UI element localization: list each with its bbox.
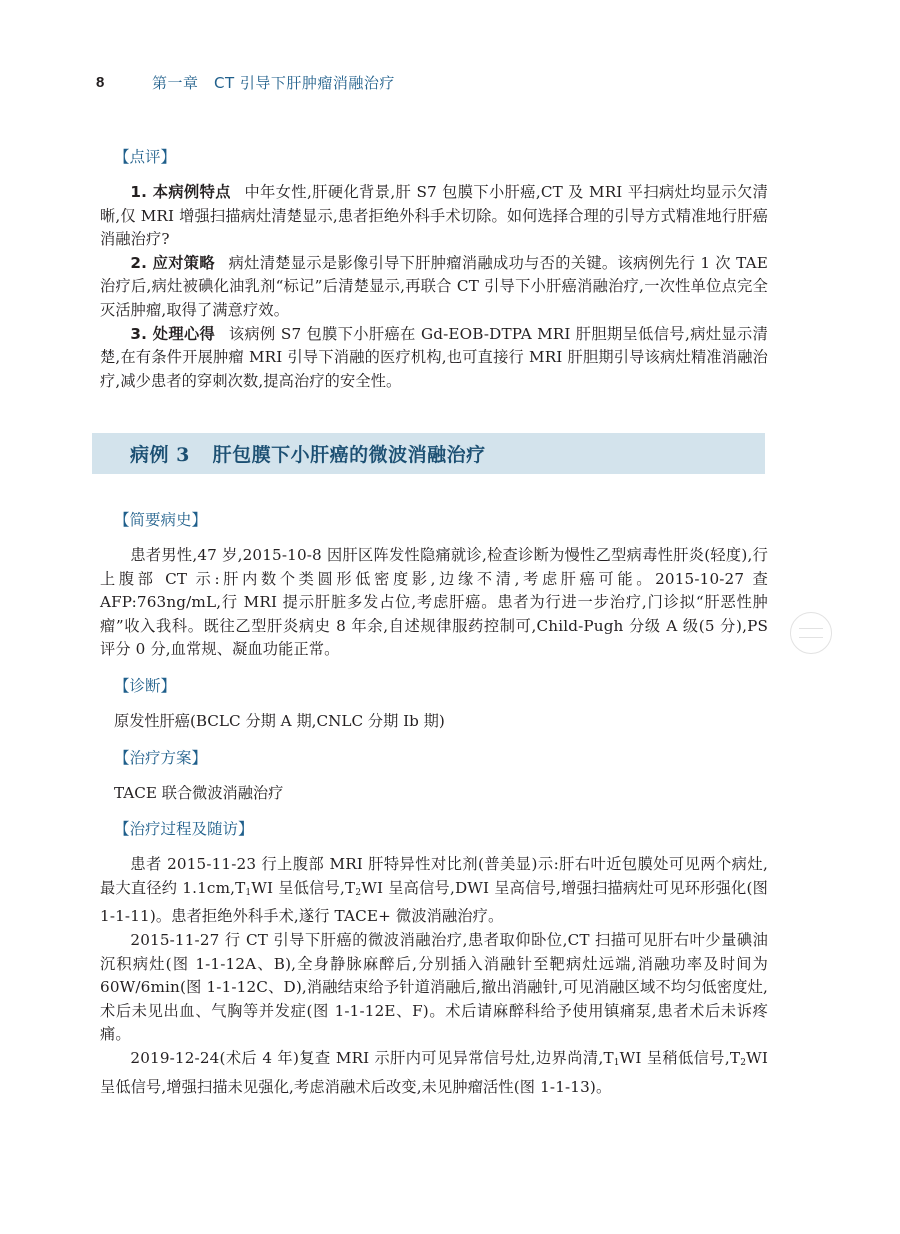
history-heading: 【简要病史】 — [114, 508, 768, 532]
review-item-3: 3. 处理心得该病例 S7 包膜下小肝癌在 Gd-EOB-DTPA MRI 肝胆… — [100, 323, 768, 394]
publisher-watermark-icon — [790, 612, 832, 654]
review-item-1: 1. 本病例特点中年女性,肝硬化背景,肝 S7 包膜下小肝癌,CT 及 MRI … — [100, 181, 768, 252]
review-section: 【点评】 1. 本病例特点中年女性,肝硬化背景,肝 S7 包膜下小肝癌,CT 及… — [100, 145, 768, 393]
case-banner: 病例 3肝包膜下小肝癌的微波消融治疗 — [92, 433, 765, 474]
chapter-title: 第一章 CT 引导下肝肿瘤消融治疗 — [152, 72, 395, 93]
diagnosis-heading: 【诊断】 — [114, 674, 768, 698]
review-heading: 【点评】 — [114, 145, 768, 169]
case-body: 【简要病史】 患者男性,47 岁,2015-10-8 因肝区阵发性隐痛就诊,检查… — [100, 508, 768, 1099]
review-item-2-lead: 2. 应对策略 — [130, 254, 215, 272]
case-title-text: 肝包膜下小肝癌的微波消融治疗 — [213, 444, 486, 466]
diagnosis-text: 原发性肝癌(BCLC 分期 A 期,CNLC 分期 Ⅰb 期) — [114, 710, 768, 734]
review-item-3-lead: 3. 处理心得 — [130, 325, 215, 343]
review-item-2: 2. 应对策略病灶清楚显示是影像引导下肝肿瘤消融成功与否的关键。该病例先行 1 … — [100, 252, 768, 323]
course-p3-part-a: 2019-12-24(术后 4 年)复查 MRI 示肝内可见异常信号灶,边界尚清… — [130, 1049, 613, 1067]
running-head: 8 第一章 CT 引导下肝肿瘤消融治疗 — [96, 70, 395, 94]
course-paragraph-2: 2015-11-27 行 CT 引导下肝癌的微波消融治疗,患者取仰卧位,CT 扫… — [100, 929, 768, 1047]
plan-text: TACE 联合微波消融治疗 — [114, 782, 768, 806]
course-paragraph-3: 2019-12-24(术后 4 年)复查 MRI 示肝内可见异常信号灶,边界尚清… — [100, 1047, 768, 1099]
case-title: 病例 3肝包膜下小肝癌的微波消融治疗 — [130, 440, 486, 467]
course-paragraph-1: 患者 2015-11-23 行上腹部 MRI 肝特异性对比剂(普美显)示:肝右叶… — [100, 853, 768, 929]
page-number: 8 — [96, 74, 152, 91]
course-heading: 【治疗过程及随访】 — [114, 817, 768, 841]
history-text: 患者男性,47 岁,2015-10-8 因肝区阵发性隐痛就诊,检查诊断为慢性乙型… — [100, 544, 768, 662]
course-p1-part-b: WI 呈低信号,T — [251, 879, 355, 897]
review-item-1-lead: 1. 本病例特点 — [130, 183, 230, 201]
course-p3-part-b: WI 呈稍低信号,T — [620, 1049, 741, 1067]
plan-heading: 【治疗方案】 — [114, 746, 768, 770]
case-number: 病例 3 — [130, 444, 190, 466]
